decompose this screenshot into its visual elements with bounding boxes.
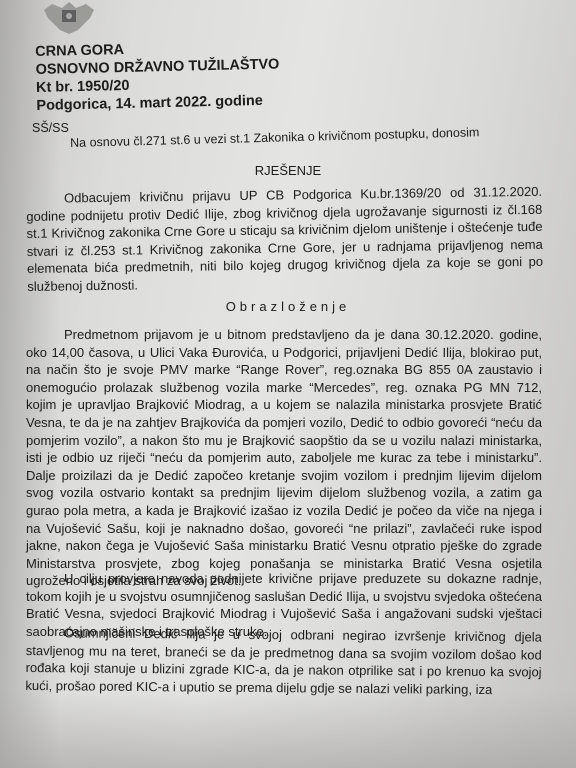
reasoning-title: Obrazloženje: [0, 299, 576, 314]
decision-title: RJEŠENJE: [0, 163, 576, 178]
reasoning-paragraph: Predmetnom prijavom je u bitnom predstav…: [26, 326, 542, 590]
reference-initials: SŠ/SS: [32, 121, 69, 135]
decision-text: Odbacujem krivičnu prijavu UP CB Podgori…: [26, 183, 543, 296]
reasoning-paragraph: Osumnjičeni Dedić Ilija je u svojoj odbr…: [25, 624, 542, 699]
document-header: CRNA GORA OSNOVNO DRŽAVNO TUŽILAŠTVO Kt …: [35, 37, 280, 115]
document-page: CRNA GORA OSNOVNO DRŽAVNO TUŽILAŠTVO Kt …: [0, 0, 576, 768]
legal-basis: Na osnovu čl.271 st.6 u vezi st.1 Zakoni…: [70, 125, 479, 150]
coat-of-arms-icon: [38, 0, 100, 36]
reasoning-text-3: Osumnjičeni Dedić Ilija je u svojoj odbr…: [25, 624, 542, 699]
decision-paragraph: Odbacujem krivičnu prijavu UP CB Podgori…: [26, 183, 543, 296]
reasoning-text-1: Predmetnom prijavom je u bitnom predstav…: [26, 326, 542, 590]
